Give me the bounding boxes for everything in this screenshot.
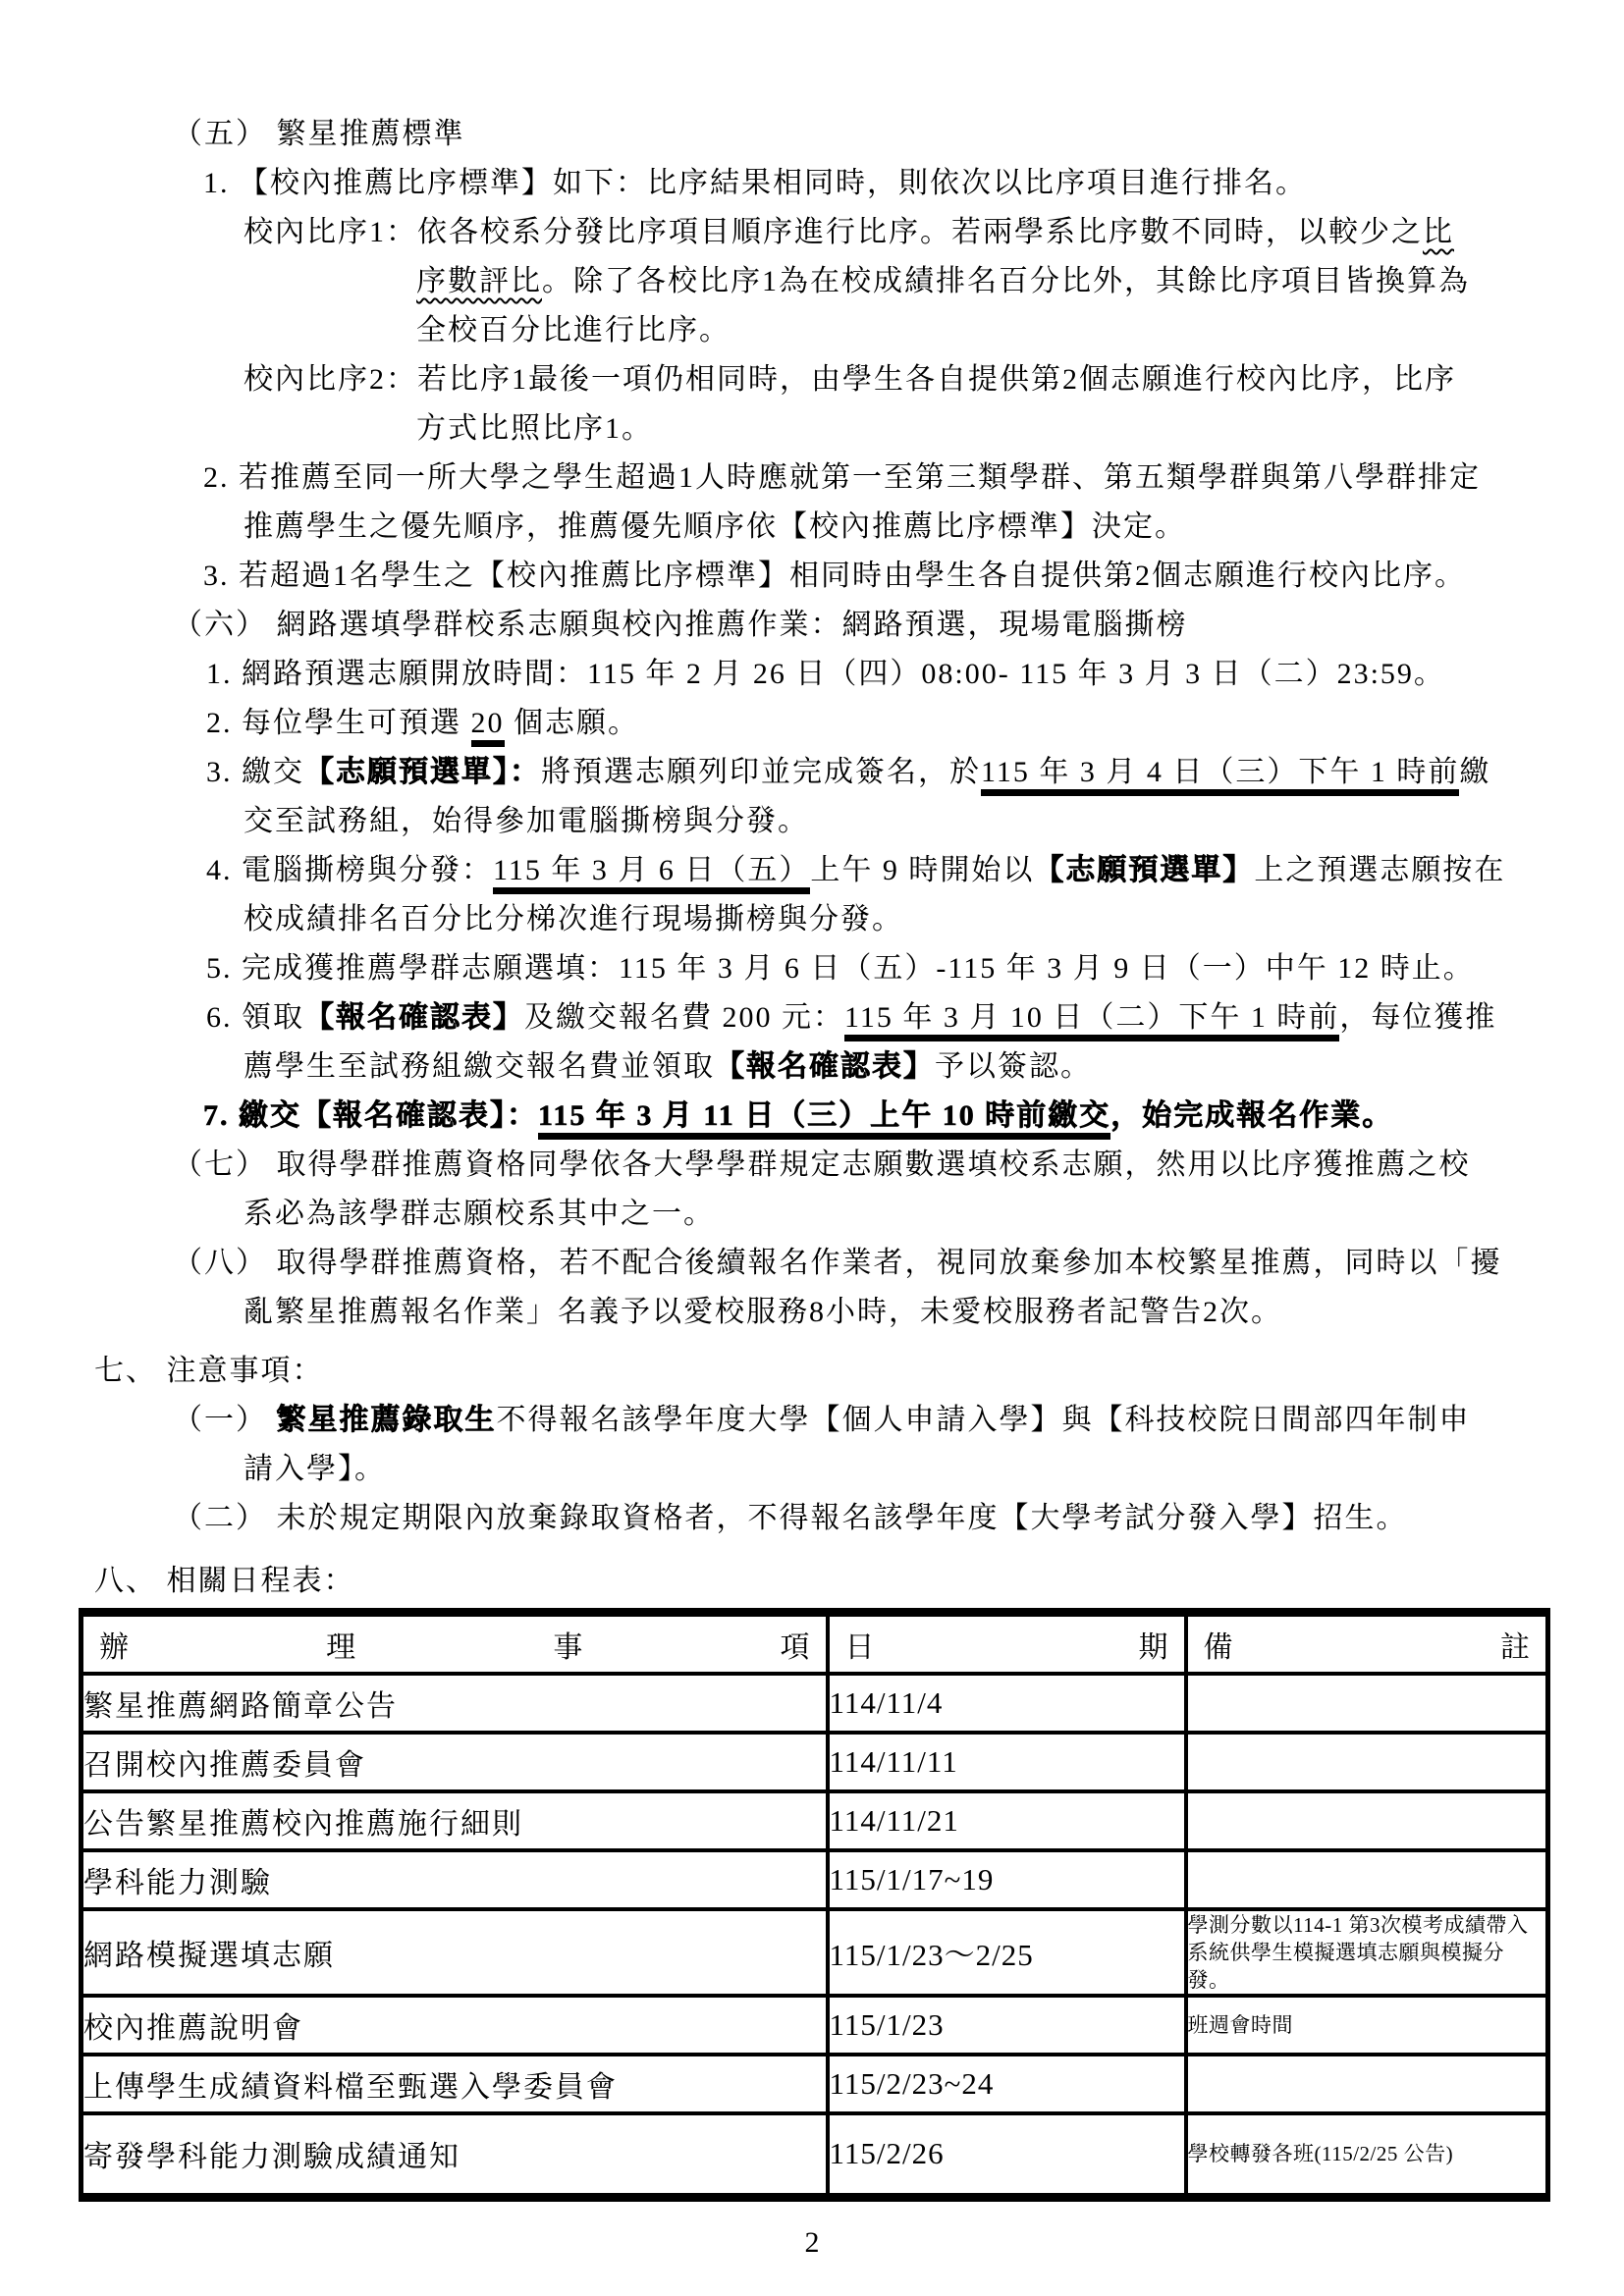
text-segment: 1. 網路預選志願開放時間：115 年 2 月 26 日（四）08:00- 11… (206, 658, 1445, 690)
cell-note (1186, 1850, 1548, 1909)
cell-item: 公告繁星推薦校內推薦施行細則 (81, 1791, 828, 1850)
text-segment: 繳 (1459, 756, 1490, 788)
text-segment: （五） 繁星推薦標準 (173, 118, 465, 150)
text-segment: 七、 注意事項： (94, 1355, 324, 1387)
cell-note (1186, 2055, 1548, 2113)
cell-note (1186, 1733, 1548, 1791)
cell-note (1186, 1791, 1548, 1850)
text-segment: 5. 完成獲推薦學群志願選填：115 年 3 月 6 日（五）-115 年 3 … (206, 952, 1475, 985)
text-segment: 6. 領取 (206, 1001, 304, 1034)
document-page: （五） 繁星推薦標準1. 【校內推薦比序標準】如下：比序結果相同時，則依次以比序… (0, 0, 1624, 2296)
cell-date: 115/1/17~19 (828, 1850, 1186, 1909)
text-line: 交至試務組，始得參加電腦撕榜與分發。 (0, 797, 1624, 846)
text-segment: 系必為該學群志願校系其中之一。 (244, 1198, 715, 1230)
text-segment: 115 年 3 月 6 日（五） (493, 854, 810, 894)
text-segment: 115 年 3 月 10 日（二）下午 1 時前 (844, 1001, 1339, 1041)
text-segment: （二） 未於規定期限內放棄錄取資格者，不得報名該學年度【大學考試分發入學】招生。 (173, 1502, 1408, 1534)
table-header-row: 辦理事項日期備註 (81, 1613, 1548, 1674)
cell-note: 班週會時間 (1186, 1996, 1548, 2055)
table-row: 學科能力測驗115/1/17~19 (81, 1850, 1548, 1909)
text-line: 序數評比。除了各校比序1為在校成績排名百分比外，其餘比序項目皆換算為 (0, 257, 1624, 306)
schedule-table-body: 繁星推薦網路簡章公告114/11/4召開校內推薦委員會114/11/11公告繁星… (81, 1674, 1548, 2198)
text-segment: 薦學生至試務組繳交報名費並領取 (244, 1050, 715, 1083)
text-line: （八） 取得學群推薦資格，若不配合後續報名作業者，視同放棄參加本校繁星推薦，同時… (0, 1239, 1624, 1288)
header-char: 項 (780, 1623, 809, 1666)
cell-date: 115/1/23 (828, 1996, 1186, 2055)
text-segment: ，始完成報名作業。 (1110, 1099, 1393, 1132)
text-segment: 115 年 3 月 11 日（三）上午 10 時前繳交 (538, 1099, 1110, 1140)
text-segment: 1. 【校內推薦比序標準】如下：比序結果相同時，則依次以比序項目進行排名。 (203, 167, 1307, 199)
cell-note: 學測分數以114-1 第3次模考成績帶入系統供學生模擬選填志願與模擬分發。 (1186, 1909, 1548, 1996)
text-line: 系必為該學群志願校系其中之一。 (0, 1190, 1624, 1239)
text-line: （五） 繁星推薦標準 (0, 110, 1624, 159)
header-char: 日 (845, 1623, 875, 1666)
page-number: 2 (0, 2226, 1624, 2260)
table-header-cell: 備註 (1186, 1613, 1548, 1674)
table-row: 寄發學科能力測驗成績通知115/2/26學校轉發各班(115/2/25 公告) (81, 2113, 1548, 2198)
table-header-label: 日期 (830, 1623, 1184, 1666)
table-header-cell: 日期 (828, 1613, 1186, 1674)
text-segment: 校內比序1：依各校系分發比序項目順序進行比序。若兩學系比序數不同時，以較少之 (244, 216, 1423, 248)
cell-item: 寄發學科能力測驗成績通知 (81, 2113, 828, 2198)
text-line: 6. 領取【報名確認表】及繳交報名費 200 元：115 年 3 月 10 日（… (0, 993, 1624, 1042)
text-line: 薦學生至試務組繳交報名費並領取【報名確認表】予以簽認。 (0, 1042, 1624, 1092)
text-segment: 。除了各校比序1為在校成績排名百分比外，其餘比序項目皆換算為 (542, 265, 1470, 297)
cell-date: 115/1/23～2/25 (828, 1909, 1186, 1996)
text-segment: 7. 繳交【報名確認表】： (203, 1099, 538, 1132)
cell-date: 115/2/26 (828, 2113, 1186, 2198)
text-segment: 【志願預選單】： (304, 756, 541, 788)
text-line: 推薦學生之優先順序，推薦優先順序依【校內推薦比序標準】決定。 (0, 503, 1624, 552)
table-row: 召開校內推薦委員會114/11/11 (81, 1733, 1548, 1791)
cell-date: 114/11/21 (828, 1791, 1186, 1850)
text-segment: 推薦學生之優先順序，推薦優先順序依【校內推薦比序標準】決定。 (244, 510, 1186, 543)
header-char: 理 (326, 1623, 355, 1666)
table-row: 網路模擬選填志願115/1/23～2/25學測分數以114-1 第3次模考成績帶… (81, 1909, 1548, 1996)
text-segment: 校內比序2：若比序1最後一項仍相同時，由學生各自提供第2個志願進行校內比序，比序 (244, 363, 1456, 396)
text-segment: 不得報名該學年度大學【個人申請入學】與【科技校院日間部四年制申 (497, 1404, 1471, 1436)
cell-item: 召開校內推薦委員會 (81, 1733, 828, 1791)
text-segment: 校成績排名百分比分梯次進行現場撕榜與分發。 (244, 903, 903, 935)
text-segment: 方式比照比序1。 (416, 412, 653, 445)
text-line: 7. 繳交【報名確認表】：115 年 3 月 11 日（三）上午 10 時前繳交… (0, 1092, 1624, 1141)
table-header-cell: 辦理事項 (81, 1613, 828, 1674)
text-line: （六） 網路選填學群校系志願與校內推薦作業：網路預選，現場電腦撕榜 (0, 601, 1624, 650)
text-segment: （一） (173, 1404, 277, 1436)
text-segment: 【報名確認表】 (715, 1050, 935, 1083)
text-segment: 請入學】。 (244, 1453, 386, 1485)
text-segment: 予以簽認。 (935, 1050, 1092, 1083)
text-line: 3. 若超過1名學生之【校內推薦比序標準】相同時由學生各自提供第2個志願進行校內… (0, 552, 1624, 601)
text-line: 5. 完成獲推薦學群志願選填：115 年 3 月 6 日（五）-115 年 3 … (0, 944, 1624, 993)
text-line: （一） 繁星推薦錄取生不得報名該學年度大學【個人申請入學】與【科技校院日間部四年… (0, 1396, 1624, 1445)
text-segment: 八、 相關日程表： (94, 1565, 355, 1597)
text-segment: 【報名確認表】 (304, 1001, 524, 1034)
text-line: 七、 注意事項： (0, 1347, 1624, 1396)
table-row: 校內推薦說明會115/1/23班週會時間 (81, 1996, 1548, 2055)
schedule-table-header: 辦理事項日期備註 (81, 1613, 1548, 1674)
text-segment: ，每位獲推 (1339, 1001, 1496, 1034)
text-line: 3. 繳交【志願預選單】：將預選志願列印並完成簽名，於115 年 3 月 4 日… (0, 748, 1624, 797)
text-line: 4. 電腦撕榜與分發：115 年 3 月 6 日（五）上午 9 時開始以【志願預… (0, 846, 1624, 895)
text-segment: 及繳交報名費 200 元： (524, 1001, 844, 1034)
text-line: 八、 相關日程表： (0, 1557, 1624, 1606)
text-line: 校內比序2：若比序1最後一項仍相同時，由學生各自提供第2個志願進行校內比序，比序 (0, 355, 1624, 404)
cell-item: 校內推薦說明會 (81, 1996, 828, 2055)
cell-date: 115/2/23~24 (828, 2055, 1186, 2113)
text-segment: 3. 若超過1名學生之【校內推薦比序標準】相同時由學生各自提供第2個志願進行校內… (203, 560, 1466, 592)
header-char: 註 (1500, 1623, 1530, 1666)
cell-note: 學校轉發各班(115/2/25 公告) (1186, 2113, 1548, 2198)
text-line: （七） 取得學群推薦資格同學依各大學學群規定志願數選填校系志願，然用以比序獲推薦… (0, 1141, 1624, 1190)
text-segment: （七） 取得學群推薦資格同學依各大學學群規定志願數選填校系志願，然用以比序獲推薦… (173, 1148, 1471, 1181)
cell-item: 學科能力測驗 (81, 1850, 828, 1909)
cell-date: 114/11/11 (828, 1733, 1186, 1791)
text-segment: 交至試務組，始得參加電腦撕榜與分發。 (244, 805, 809, 837)
table-row: 公告繁星推薦校內推薦施行細則114/11/21 (81, 1791, 1548, 1850)
text-line: 校成績排名百分比分梯次進行現場撕榜與分發。 (0, 895, 1624, 944)
cell-item: 網路模擬選填志願 (81, 1909, 828, 1996)
text-segment: 序數評比 (416, 265, 542, 297)
text-line: 全校百分比進行比序。 (0, 306, 1624, 355)
text-segment: 115 年 3 月 4 日（三）下午 1 時前 (981, 756, 1459, 796)
header-char: 辦 (99, 1623, 129, 1666)
header-char: 備 (1204, 1623, 1233, 1666)
body-text: （五） 繁星推薦標準1. 【校內推薦比序標準】如下：比序結果相同時，則依次以比序… (0, 110, 1624, 1606)
cell-date: 114/11/4 (828, 1674, 1186, 1733)
text-segment: 全校百分比進行比序。 (416, 314, 731, 347)
cell-item: 繁星推薦網路簡章公告 (81, 1674, 828, 1733)
cell-item: 上傳學生成績資料檔至甄選入學委員會 (81, 2055, 828, 2113)
text-segment: 亂繁星推薦報名作業」名義予以愛校服務8小時，未愛校服務者記警告2次。 (244, 1296, 1282, 1328)
text-segment: 【志願預選單】 (1034, 854, 1254, 886)
table-row: 上傳學生成績資料檔至甄選入學委員會115/2/23~24 (81, 2055, 1548, 2113)
text-line: （二） 未於規定期限內放棄錄取資格者，不得報名該學年度【大學考試分發入學】招生。 (0, 1494, 1624, 1543)
text-line: 亂繁星推薦報名作業」名義予以愛校服務8小時，未愛校服務者記警告2次。 (0, 1288, 1624, 1337)
schedule-table: 辦理事項日期備註 繁星推薦網路簡章公告114/11/4召開校內推薦委員會114/… (79, 1608, 1550, 2202)
text-line: 方式比照比序1。 (0, 404, 1624, 454)
cell-note (1186, 1674, 1548, 1733)
text-line: 1. 網路預選志願開放時間：115 年 2 月 26 日（四）08:00- 11… (0, 650, 1624, 699)
text-line: 2. 每位學生可預選 20 個志願。 (0, 699, 1624, 748)
text-segment: 比 (1423, 216, 1454, 248)
table-row: 繁星推薦網路簡章公告114/11/4 (81, 1674, 1548, 1733)
table-header-label: 備註 (1188, 1623, 1546, 1666)
header-char: 期 (1139, 1623, 1168, 1666)
table-header-label: 辦理事項 (83, 1623, 826, 1666)
text-segment: （八） 取得學群推薦資格，若不配合後續報名作業者，視同放棄參加本校繁星推薦，同時… (173, 1247, 1502, 1279)
text-segment: 2. 每位學生可預選 (206, 707, 471, 739)
text-segment: 3. 繳交 (206, 756, 304, 788)
text-line: 請入學】。 (0, 1445, 1624, 1494)
text-segment: 4. 電腦撕榜與分發： (206, 854, 493, 886)
text-segment: 個志願。 (505, 707, 640, 739)
text-segment: 將預選志願列印並完成簽名，於 (541, 756, 981, 788)
text-segment: （六） 網路選填學群校系志願與校內推薦作業：網路預選，現場電腦撕榜 (173, 609, 1188, 641)
header-char: 事 (553, 1623, 582, 1666)
text-segment: 上之預選志願按在 (1254, 854, 1505, 886)
text-line: 2. 若推薦至同一所大學之學生超過1人時應就第一至第三類學群、第五類學群與第八學… (0, 454, 1624, 503)
text-segment: 2. 若推薦至同一所大學之學生超過1人時應就第一至第三類學群、第五類學群與第八學… (203, 461, 1481, 494)
text-line: 校內比序1：依各校系分發比序項目順序進行比序。若兩學系比序數不同時，以較少之比 (0, 208, 1624, 257)
text-segment: 上午 9 時開始以 (810, 854, 1034, 886)
text-line: 1. 【校內推薦比序標準】如下：比序結果相同時，則依次以比序項目進行排名。 (0, 159, 1624, 208)
text-segment: 20 (471, 707, 505, 747)
text-segment: 繁星推薦錄取生 (277, 1404, 497, 1436)
